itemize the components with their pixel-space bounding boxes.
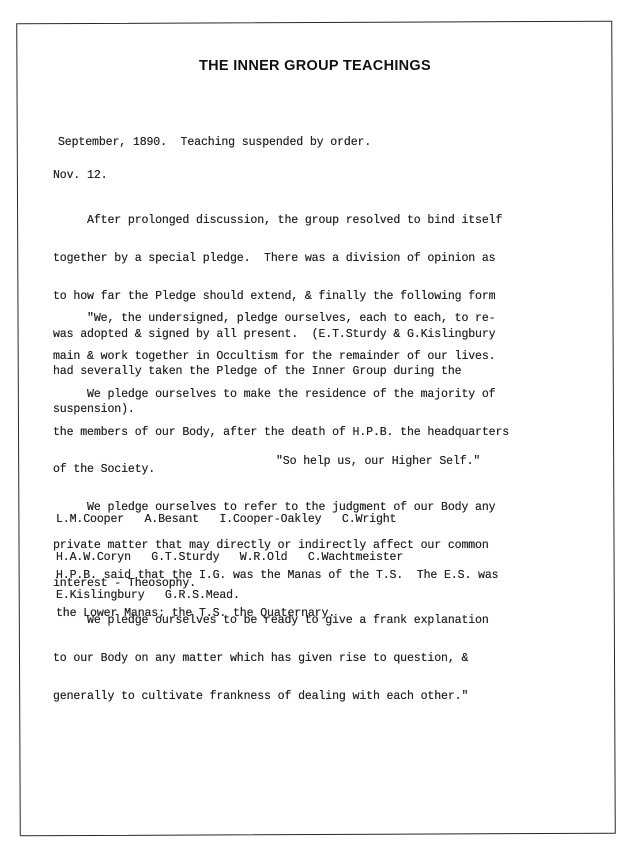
document-title: THE INNER GROUP TEACHINGS: [0, 58, 630, 74]
text-line: H.P.B. said that the I.G. was the Manas …: [56, 570, 498, 583]
text-line: the members of our Body, after the death…: [53, 427, 509, 440]
text-line: together by a special pledge. There was …: [53, 253, 502, 266]
closing-oath: "So help us, our Higher Self.": [276, 456, 480, 469]
text-line: the Lower Manas; the T.S. the Quaternary…: [56, 608, 498, 621]
text-line: to our Body on any matter which has give…: [53, 653, 509, 666]
entry-nov-date: Nov. 12.: [53, 170, 107, 183]
text-line: "We, the undersigned, pledge ourselves, …: [53, 313, 509, 326]
text-line: After prolonged discussion, the group re…: [53, 215, 502, 228]
text-line: generally to cultivate frankness of deal…: [53, 691, 509, 704]
closing-note: H.P.B. said that the I.G. was the Manas …: [56, 545, 498, 633]
text-line: We pledge ourselves to make the residenc…: [53, 389, 509, 402]
signatory-line: L.M.Cooper A.Besant I.Cooper-Oakley C.Wr…: [56, 514, 403, 527]
text-line: main & work together in Occultism for th…: [53, 351, 509, 364]
entry-september: September, 1890. Teaching suspended by o…: [58, 137, 371, 150]
